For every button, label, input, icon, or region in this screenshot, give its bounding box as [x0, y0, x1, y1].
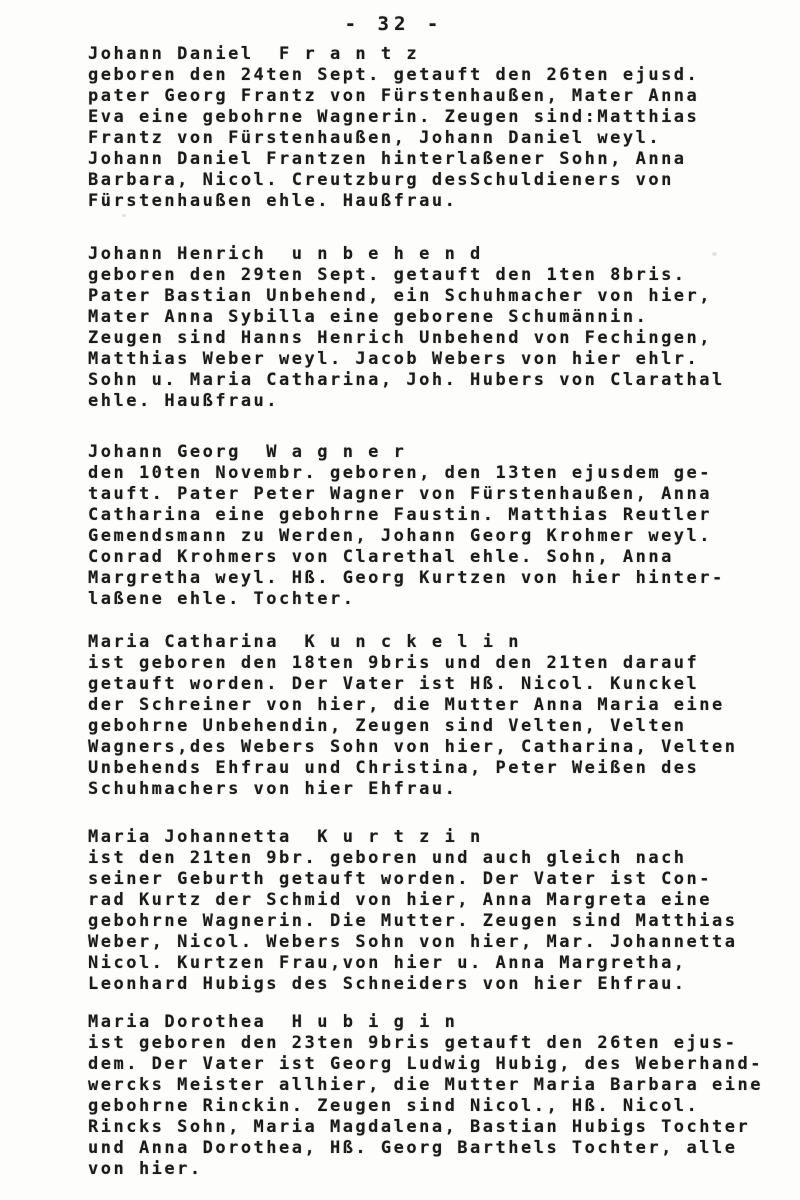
baptism-entry-wagner: Johann Georg W a g n e r den 10ten Novem… — [88, 442, 800, 610]
baptism-entry-frantz: Johann Daniel F r a n t z geboren den 24… — [88, 44, 800, 212]
entry-body: den 10ten Novembr. geboren, den 13ten ej… — [88, 463, 800, 610]
baptism-entry-kurtzin: Maria Johannetta K u r t z i n ist den 2… — [88, 827, 800, 995]
scanned-register-page: - 32 - Johann Daniel F r a n t z geboren… — [0, 0, 800, 1200]
baptism-entry-kunckelin: Maria Catharina K u n c k e l i n ist ge… — [88, 632, 800, 800]
baptism-entry-unbehend: Johann Henrich u n b e h e n d geboren d… — [88, 244, 800, 412]
scan-speckle — [122, 214, 126, 217]
page-number: - 32 - — [88, 12, 700, 36]
entry-title: Maria Johannetta K u r t z i n — [88, 827, 800, 848]
entry-title: Johann Daniel F r a n t z — [88, 44, 800, 65]
entry-body: geboren den 24ten Sept. getauft den 26te… — [88, 65, 800, 212]
entry-title: Johann Georg W a g n e r — [88, 442, 800, 463]
scan-speckle — [540, 762, 544, 766]
scan-speckle — [712, 252, 717, 256]
entry-body: geboren den 29ten Sept. getauft den 1ten… — [88, 265, 800, 412]
entry-title: Maria Dorothea H u b i g i n — [88, 1012, 800, 1033]
baptism-entry-hubigin: Maria Dorothea H u b i g i n ist geboren… — [88, 1012, 800, 1180]
entry-title: Maria Catharina K u n c k e l i n — [88, 632, 800, 653]
entry-body: ist den 21ten 9br. geboren und auch glei… — [88, 848, 800, 995]
entry-title: Johann Henrich u n b e h e n d — [88, 244, 800, 265]
entry-body: ist geboren den 18ten 9bris und den 21te… — [88, 653, 800, 800]
scan-speckle — [748, 1086, 753, 1090]
entry-body: ist geboren den 23ten 9bris getauft den … — [88, 1033, 800, 1180]
